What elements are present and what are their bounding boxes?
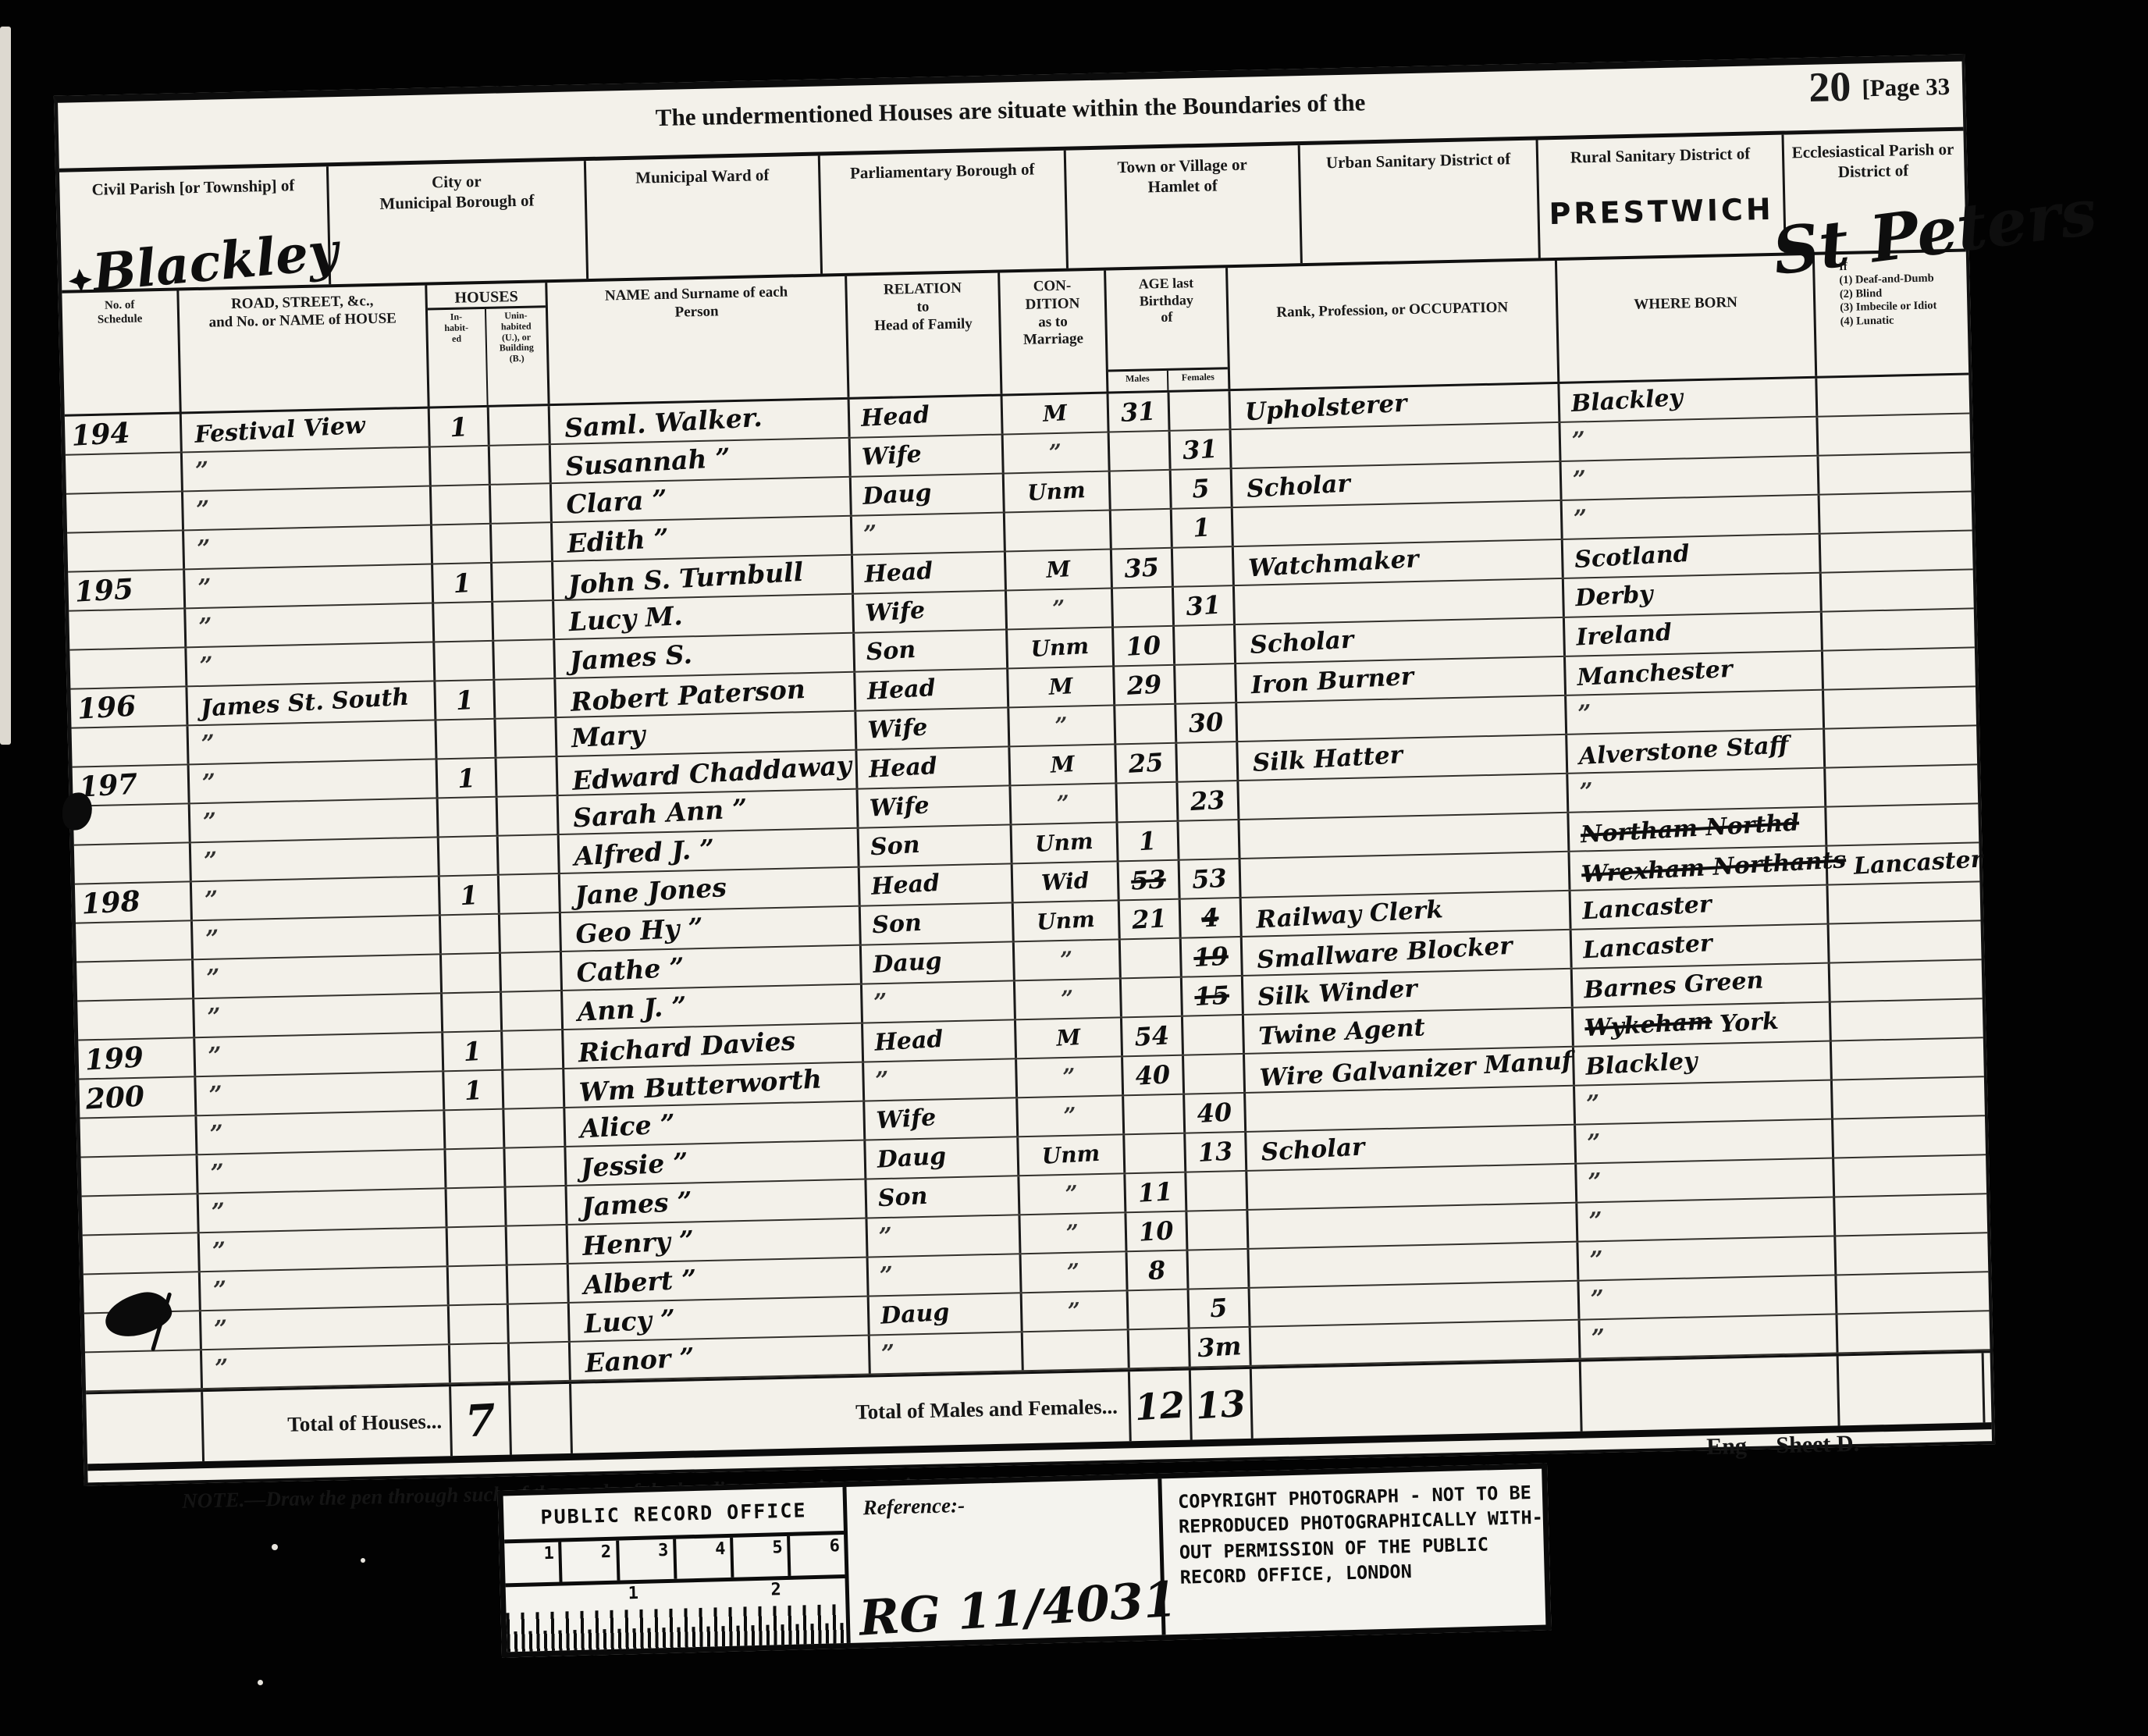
civil-parish-box: Civil Parish [or Township] of Blackley (59, 166, 331, 290)
cell-uninhabited (499, 835, 560, 874)
cell-occupation (1250, 1282, 1581, 1326)
cell-disability (1819, 454, 1965, 494)
cell-ageF (1173, 547, 1235, 586)
cell-uninhabited (507, 1226, 569, 1265)
cell-occupation: Scholar (1232, 462, 1563, 507)
cell-disability (1836, 1233, 1982, 1274)
cell-disability (1820, 493, 1966, 533)
cell-condition: Unm (1008, 628, 1115, 667)
cell-occupation (1246, 1087, 1576, 1131)
cell-uninhabited (500, 913, 562, 952)
cell-disability (1830, 960, 1976, 1001)
cell-disability (1823, 610, 1968, 650)
cell-born: ” (1576, 1119, 1834, 1162)
cell-born: Ireland (1565, 613, 1823, 656)
cell-ageF (1183, 1016, 1245, 1055)
cell-condition (1005, 510, 1112, 550)
pro-copyright-panel: COPYRIGHT PHOTOGRAPH - NOT TO BEREPRODUC… (1161, 1469, 1545, 1635)
cell-relation: Wife (851, 435, 1005, 475)
cell-name: Clara ” (552, 478, 852, 521)
cell-inhabited (450, 1305, 510, 1344)
cell-uninhabited (510, 1343, 571, 1382)
ruler-box: 4 (676, 1538, 734, 1579)
cell-inhabited (439, 837, 500, 876)
cell-condition: ” (1015, 979, 1122, 1019)
cell-occupation (1247, 1165, 1577, 1209)
cell-occupation (1241, 852, 1571, 897)
cell-occupation (1239, 813, 1570, 858)
cell-occupation: Scholar (1246, 1126, 1577, 1170)
census-sheet: The undermentioned Houses are situate wi… (54, 54, 1995, 1485)
cell-road: James St. South (187, 681, 436, 724)
cell-relation: Daug (852, 474, 1005, 514)
cell-relation: ” (867, 1215, 1021, 1256)
cell-ageF (1179, 820, 1240, 859)
cell-occupation: Twine Agent (1244, 1009, 1574, 1053)
cell-name: Alfred J. ” (560, 829, 860, 873)
cell-name: Geo Hy ” (561, 907, 862, 951)
cell-ageF: 53 (1180, 859, 1242, 898)
cell-ageF: 31 (1174, 586, 1236, 625)
cell-relation: ” (864, 1059, 1018, 1100)
cell-relation: Son (861, 903, 1015, 944)
cell-ageF (1188, 1250, 1250, 1289)
ruler-box: 3 (619, 1539, 677, 1581)
cell-totals-blank (86, 1392, 204, 1464)
cell-schedule (85, 1350, 203, 1390)
cell-schedule (67, 531, 185, 571)
cell-schedule (66, 492, 184, 532)
cell-uninhabited (503, 1069, 565, 1108)
cell-disability (1821, 532, 1967, 572)
town-village-label: Town or Village or Hamlet of (1117, 155, 1249, 268)
total-houses-value: 7 (451, 1386, 512, 1457)
cell-born: Derby (1564, 574, 1823, 617)
cell-condition: ” (1004, 433, 1111, 473)
cell-disability (1826, 805, 1972, 845)
cell-ageF (1187, 1211, 1249, 1250)
cell-ageF: 19 (1182, 937, 1243, 976)
cell-occupation: Silk Winder (1243, 969, 1574, 1014)
cell-uninhabited (497, 757, 559, 796)
col-header-condition: CON- DITION as to Marriage (1000, 271, 1108, 394)
cell-ageM (1121, 939, 1182, 978)
cell-ageM (1122, 978, 1183, 1017)
cell-born: ” (1578, 1236, 1837, 1279)
cell-ageM: 1 (1118, 822, 1180, 861)
cell-ageF: 5 (1190, 1289, 1251, 1328)
cell-inhabited (443, 993, 503, 1032)
cell-ageM (1111, 510, 1173, 549)
cell-uninhabited (496, 718, 557, 757)
cell-occupation: Railway Clerk (1242, 891, 1572, 936)
cell-name: James ” (567, 1180, 867, 1224)
cell-relation: Wife (865, 1098, 1019, 1139)
cell-uninhabited (500, 874, 561, 913)
cell-schedule (69, 648, 187, 688)
cell-uninhabited (489, 406, 551, 445)
cell-inhabited: 1 (436, 681, 496, 720)
cell-born: ” (1563, 496, 1821, 539)
cell-ageM: 35 (1112, 549, 1174, 588)
cell-name: Sarah Ann ” (559, 790, 859, 834)
urban-sanitary-box: Urban Sanitary District of (1300, 140, 1541, 263)
cell-ageM (1111, 471, 1172, 510)
cell-inhabited: 1 (438, 759, 498, 798)
cell-disability (1818, 414, 1964, 455)
cell-relation: ” (869, 1254, 1022, 1295)
cell-occupation: Iron Burner (1236, 657, 1567, 702)
cell-ageF (1175, 625, 1236, 664)
cell-ageF: 3m (1190, 1328, 1252, 1367)
cell-name: James S. (555, 634, 855, 678)
municipal-ward-box: Municipal Ward of (586, 156, 823, 279)
cell-condition: ” (1011, 784, 1118, 824)
cell-born: Alverstone Staff (1567, 730, 1826, 773)
cell-disability (1828, 883, 1974, 923)
cell-relation: Daug (870, 1293, 1023, 1334)
cell-totals-blank (1252, 1362, 1583, 1439)
col-header-age: AGE last Birthday of Males Females (1106, 268, 1230, 391)
cell-born: Lancaster (1571, 886, 1830, 929)
cell-ageF (1169, 391, 1231, 430)
cell-relation: Daug (862, 942, 1015, 983)
pro-ruler-panel: PUBLIC RECORD OFFICE 123456 12 (503, 1487, 852, 1652)
cell-ageM: 11 (1126, 1173, 1187, 1212)
cell-schedule (74, 843, 192, 883)
cell-uninhabited (495, 679, 557, 718)
pro-office-title: PUBLIC RECORD OFFICE (503, 1487, 845, 1543)
cell-road: ” (201, 1267, 450, 1310)
cell-road: ” (194, 955, 443, 998)
cell-ageF (1186, 1172, 1248, 1211)
cell-schedule: 197 (73, 765, 190, 805)
cell-disability (1824, 688, 1970, 728)
cell-born: Wrexham NorthantsLancaster (1570, 847, 1828, 890)
cell-ageM (1110, 432, 1172, 471)
ruler-box: 6 (790, 1535, 845, 1576)
cell-inhabited (449, 1266, 509, 1305)
total-houses-label: Total of Houses... (203, 1386, 453, 1461)
parliamentary-borough-label: Parliamentary Borough of (850, 159, 1037, 273)
cell-ageF: 31 (1171, 430, 1232, 469)
cell-born: ” (1581, 1314, 1839, 1357)
cell-uninhabited (507, 1186, 568, 1226)
cell-born: Lancaster (1572, 925, 1830, 968)
parliamentary-borough-box: Parliamentary Borough of (820, 151, 1069, 274)
cell-born: Manchester (1566, 652, 1824, 695)
cell-ageM (1125, 1134, 1186, 1173)
ecclesiastical-parish-box: Ecclesiastical Parish or District of St … (1783, 131, 1963, 253)
cell-uninhabited (509, 1304, 571, 1343)
cell-disability (1825, 727, 1971, 767)
cell-uninhabited (503, 1030, 564, 1069)
cell-inhabited (445, 1110, 505, 1149)
cell-schedule: 200 (79, 1077, 197, 1117)
cell-inhabited (446, 1149, 506, 1188)
cell-relation: Son (859, 825, 1013, 866)
reference-label: Reference:- (862, 1493, 965, 1520)
municipal-ward-label: Municipal Ward of (635, 165, 771, 278)
cell-relation: Head (853, 552, 1007, 592)
cell-disability (1817, 375, 1963, 416)
cell-born: ” (1575, 1081, 1833, 1124)
cell-ageM: 8 (1128, 1251, 1190, 1290)
cell-relation: Daug (866, 1137, 1019, 1178)
cell-uninhabited (493, 601, 555, 640)
cell-relation: Head (855, 669, 1009, 710)
cell-uninhabited (494, 640, 556, 679)
cell-born: ” (1567, 691, 1825, 734)
municipal-borough-label: City or Municipal Borough of (379, 170, 536, 283)
cell-name: Albert ” (569, 1258, 870, 1302)
cell-name: Henry ” (568, 1219, 869, 1263)
cell-occupation: Scholar (1236, 618, 1566, 663)
cell-inhabited (450, 1344, 510, 1383)
cell-ageM (1115, 705, 1177, 744)
cell-road: ” (183, 486, 432, 529)
cell-totals-blank (1581, 1356, 1840, 1431)
cell-inhabited (447, 1188, 507, 1227)
total-mf-label: Total of Males and Females... (571, 1371, 1132, 1453)
cell-road: ” (202, 1345, 451, 1388)
cell-inhabited (432, 525, 493, 564)
cell-ageM: 40 (1123, 1056, 1185, 1095)
cell-occupation: Upholsterer (1230, 384, 1560, 429)
cell-ageF: 15 (1182, 976, 1244, 1016)
cell-occupation (1249, 1243, 1579, 1287)
col-header-females: Females (1168, 369, 1228, 390)
total-females-value: 13 (1191, 1369, 1254, 1440)
scanned-census-page: The undermentioned Houses are situate wi… (0, 0, 2148, 1736)
cell-condition: ” (1019, 1174, 1126, 1214)
cell-schedule: 199 (78, 1038, 196, 1078)
cell-ageM (1129, 1329, 1191, 1368)
cell-relation: Wife (856, 708, 1010, 749)
cell-road: ” (189, 720, 438, 763)
col-header-occupation: Rank, Profession, or OCCUPATION (1228, 261, 1559, 389)
cell-road: ” (192, 877, 441, 920)
cell-name: Wm Butterworth (564, 1063, 865, 1107)
cell-inhabited (436, 720, 496, 759)
cell-schedule: 198 (75, 882, 193, 922)
cell-inhabited: 1 (433, 564, 493, 603)
cell-schedule: 194 (65, 414, 183, 454)
cell-condition: M (1008, 667, 1115, 706)
town-village-box: Town or Village or Hamlet of (1066, 145, 1303, 269)
cell-ageM (1129, 1290, 1190, 1329)
cell-inhabited (448, 1227, 508, 1266)
cell-ageF (1177, 742, 1239, 781)
cell-born: ” (1579, 1275, 1837, 1318)
cell-ageF (1184, 1055, 1246, 1094)
cell-totals-blank (510, 1384, 573, 1455)
col-header-males: Males (1108, 371, 1168, 392)
cell-inhabited (434, 603, 494, 642)
cell-condition: ” (1007, 589, 1114, 628)
prestwich-stamp: PRESTWICH (1539, 192, 1783, 232)
cell-occupation (1233, 501, 1563, 546)
cell-name: Lucy M. (554, 595, 855, 639)
cell-schedule (66, 453, 183, 493)
cell-condition: ” (1017, 1057, 1124, 1097)
public-record-office-card: PUBLIC RECORD OFFICE 123456 12 Reference… (497, 1463, 1551, 1657)
cell-born: WykehamYork (1574, 1003, 1832, 1046)
cell-schedule (83, 1233, 201, 1273)
col-header-schedule: No. of Schedule (62, 290, 181, 414)
cell-road: ” (191, 838, 440, 880)
cell-uninhabited (505, 1147, 567, 1186)
cell-name: Eanor ” (571, 1336, 871, 1379)
cell-ageF: 40 (1185, 1094, 1246, 1133)
cell-name: Ann J. ” (563, 985, 863, 1029)
ruler-box: 2 (561, 1541, 620, 1582)
cell-occupation (1248, 1204, 1578, 1248)
cell-condition (1023, 1330, 1130, 1370)
cell-ageF: 30 (1176, 703, 1238, 742)
cell-occupation: Smallware Blocker (1243, 930, 1573, 975)
cell-condition: ” (1020, 1213, 1127, 1253)
col-header-road: ROAD, STREET, &c., and No. or NAME of HO… (179, 286, 429, 412)
pro-reference-panel: Reference:- RG 11/4031 (847, 1478, 1166, 1642)
cell-ageM: 53 (1119, 861, 1181, 900)
cell-disability (1826, 766, 1972, 806)
cell-road: ” (199, 1189, 448, 1232)
cell-schedule: 195 (68, 570, 186, 610)
cell-uninhabited (501, 952, 563, 991)
cell-road: ” (187, 642, 436, 685)
cell-inhabited (439, 798, 499, 837)
cell-born: ” (1562, 457, 1820, 500)
cell-inhabited: 1 (440, 876, 500, 915)
table-body: 194Festival View1Saml. Walker.HeadM31Uph… (65, 375, 1990, 1392)
total-males-value: 12 (1130, 1371, 1193, 1442)
cell-name: Jessie ” (566, 1141, 866, 1185)
cell-condition: ” (1009, 706, 1116, 745)
cell-disability (1831, 999, 1977, 1040)
sheet-designation: Eng— Sheet D. (1706, 1431, 1860, 1460)
cell-road: ” (183, 447, 432, 490)
sheet-title: The undermentioned Houses are situate wi… (655, 88, 1365, 132)
cell-schedule (82, 1194, 200, 1234)
reference-value: RG 11/4031 (858, 1571, 1179, 1647)
cell-relation: Head (860, 864, 1014, 905)
cell-born: Barnes Green (1573, 964, 1831, 1007)
cell-schedule (69, 609, 187, 649)
cell-road: ” (197, 1111, 446, 1154)
col-header-houses: HOUSES In- habit- ed Unin- habited (U.),… (427, 283, 549, 406)
cell-ageF: 1 (1172, 508, 1234, 547)
ruler-box: 1 (504, 1542, 563, 1584)
cell-relation: Head (863, 1020, 1017, 1061)
cell-relation: ” (870, 1332, 1024, 1373)
cell-condition: Unm (1019, 1135, 1126, 1175)
cell-inhabited (432, 486, 492, 525)
film-speck (361, 1558, 365, 1563)
cell-relation: Head (857, 747, 1011, 788)
cell-relation: Son (866, 1176, 1020, 1217)
cell-name: Jane Jones (560, 868, 861, 912)
cell-schedule (76, 960, 194, 1000)
cell-name: Richard Davies (564, 1024, 864, 1068)
census-table: No. of Schedule ROAD, STREET, &c., and N… (62, 252, 1991, 1471)
page-number-group: 20 [Page 33 (1808, 63, 1951, 108)
cell-relation: Wife (858, 786, 1012, 827)
cell-condition: M (1003, 394, 1110, 434)
cell-occupation (1232, 423, 1562, 468)
cell-uninhabited (498, 796, 560, 835)
cell-disability (1832, 1038, 1978, 1079)
cell-occupation: Wire Galvanizer Manuf (1245, 1048, 1575, 1092)
cell-ageF: 4 (1181, 898, 1243, 937)
cell-ageM (1113, 588, 1175, 627)
cell-schedule (77, 999, 195, 1039)
cell-schedule (81, 1155, 199, 1195)
cell-born: ” (1577, 1158, 1835, 1201)
cell-relation: ” (852, 513, 1006, 553)
cell-disability (1835, 1194, 1981, 1235)
ruler-ticks: 12 (506, 1578, 847, 1652)
cell-occupation: Silk Hatter (1238, 735, 1568, 780)
cell-road: ” (194, 994, 443, 1037)
cell-relation: Head (850, 396, 1004, 436)
cell-road: ” (201, 1306, 450, 1349)
cell-occupation (1237, 696, 1567, 741)
cell-uninhabited (502, 991, 564, 1030)
cell-born: Blackley (1574, 1042, 1833, 1085)
cell-name: Mary (557, 712, 857, 756)
col-header-relation: RELATION to Head of Family (847, 273, 1002, 397)
cell-inhabited: 1 (444, 1071, 504, 1110)
cell-road: ” (185, 564, 434, 607)
cell-disability (1823, 649, 1969, 689)
ruler-inch-label: 1 (628, 1584, 638, 1603)
cell-name: Lucy ” (570, 1297, 870, 1340)
cell-inhabited (431, 446, 491, 486)
cell-condition: ” (1018, 1096, 1125, 1136)
cell-condition: M (1016, 1018, 1123, 1058)
cell-schedule (76, 921, 194, 961)
cell-born: Scotland (1563, 535, 1822, 578)
cell-disability (1822, 571, 1968, 611)
cell-ageM: 54 (1122, 1017, 1184, 1056)
cell-inhabited (441, 915, 501, 954)
cell-disability (1830, 921, 1976, 962)
cell-road: ” (190, 759, 439, 802)
cell-occupation (1239, 774, 1569, 819)
page-label: [Page 33 (1862, 73, 1951, 102)
cell-born: ” (1560, 418, 1819, 461)
urban-sanitary-label: Urban Sanitary District of (1326, 148, 1513, 262)
municipal-borough-box: City or Municipal Borough of (329, 161, 589, 284)
col-header-uninhabited: Unin- habited (U.), or Building (B.) (485, 308, 547, 405)
cell-relation: Son (855, 630, 1008, 671)
cell-road: ” (196, 1072, 445, 1115)
cell-born: Northam Northd (1569, 808, 1827, 851)
cell-uninhabited (493, 562, 554, 601)
cell-road: ” (184, 525, 433, 568)
cell-inhabited (435, 642, 495, 681)
cell-disability (1833, 1116, 1979, 1157)
cell-name: John S. Turnbull (553, 556, 854, 599)
cell-road: ” (193, 916, 442, 959)
col-header-inhabited: In- habit- ed (428, 309, 488, 407)
film-speck (258, 1680, 263, 1685)
cell-ageM (1117, 783, 1179, 822)
cell-road: ” (190, 799, 439, 841)
cell-born: ” (1568, 769, 1826, 812)
cell-uninhabited (491, 484, 553, 523)
